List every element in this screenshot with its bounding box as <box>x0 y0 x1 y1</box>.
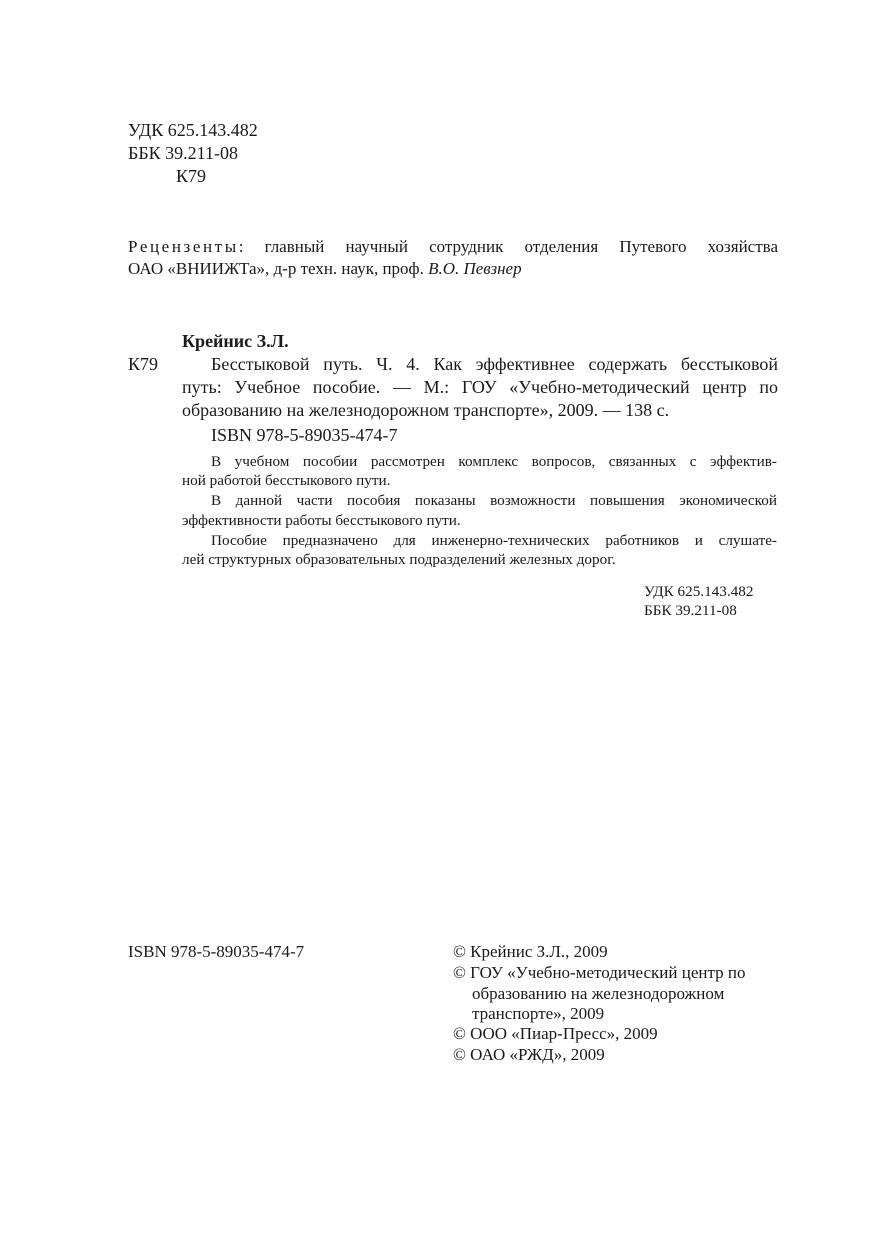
annotation-udk: УДК 625.143.482 <box>644 582 753 603</box>
annotation-line-2: ной работой бесстыкового пути. <box>182 471 390 492</box>
copyright-piar-press: © ООО «Пиар-Пресс», 2009 <box>453 1023 658 1045</box>
record-author-sign: К79 <box>128 353 158 375</box>
copyright-author: © Крейнис З.Л., 2009 <box>453 941 608 963</box>
record-isbn: ISBN 978-5-89035-474-7 <box>211 424 398 446</box>
record-title-line-2: путь: Учебное пособие. — М.: ГОУ «Учебно… <box>182 376 778 398</box>
reviewer-name: В.О. Певзнер <box>428 259 522 278</box>
record-title-line-1: Бесстыковой путь. Ч. 4. Как эффективнее … <box>211 353 778 375</box>
reviewers-line-2: ОАО «ВНИИЖТа», д-р техн. наук, проф. В.О… <box>128 258 522 280</box>
annotation-line-3: В данной части пособия показаны возможно… <box>211 491 777 512</box>
annotation-bbk: ББК 39.211-08 <box>644 601 737 622</box>
author-sign: К79 <box>176 165 206 187</box>
reviewers-line-1: Рецензенты: главный научный сотрудник от… <box>128 236 778 258</box>
copyright-rzd: © ОАО «РЖД», 2009 <box>453 1044 605 1066</box>
annotation-line-4: эффективности работы бесстыкового пути. <box>182 511 461 532</box>
bbk-code: ББК 39.211-08 <box>128 142 238 164</box>
annotation-line-5: Пособие предназначено для инженерно-техн… <box>211 531 777 552</box>
reviewers-affiliation: ОАО «ВНИИЖТа», д-р техн. наук, проф. <box>128 259 428 278</box>
reviewers-text: : главный научный сотрудник отделения Пу… <box>239 237 778 256</box>
copyright-gou-cont-1: образованию на железнодорожном <box>472 983 724 1005</box>
annotation-line-1: В учебном пособии рассмотрен комплекс во… <box>211 452 777 473</box>
copyright-gou-cont-2: транспорте», 2009 <box>472 1003 604 1025</box>
copyright-gou: © ГОУ «Учебно-методический центр по <box>453 962 745 984</box>
annotation-line-6: лей структурных образовательных подразде… <box>182 550 616 571</box>
record-title-line-3: образованию на железнодорожном транспорт… <box>182 399 669 421</box>
udk-code: УДК 625.143.482 <box>128 119 258 141</box>
reviewers-label: Рецензенты <box>128 237 239 256</box>
author-heading: Крейнис З.Л. <box>182 330 289 352</box>
footer-isbn: ISBN 978-5-89035-474-7 <box>128 941 304 963</box>
